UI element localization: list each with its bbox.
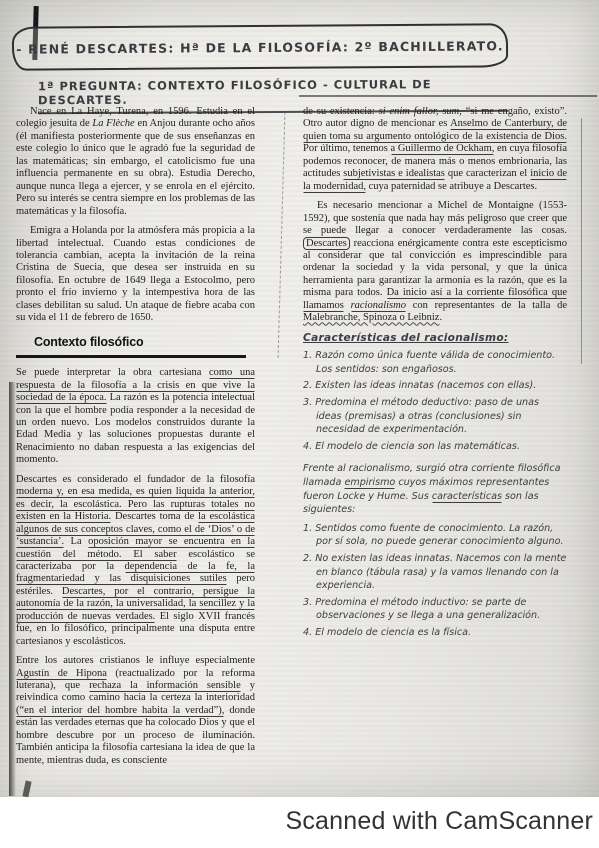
camscanner-watermark: Scanned with CamScanner bbox=[285, 807, 593, 836]
handwritten-title-box: - RENÉ DESCARTES: Hª DE LA FILOSOFÍA: 2º… bbox=[12, 23, 508, 70]
scan-left-edge-shadow bbox=[9, 382, 16, 796]
watermark-strip: Scanned with CamScanner bbox=[0, 797, 599, 848]
column-crease-line bbox=[278, 112, 286, 358]
handwritten-item-rationalism-4: 4. El modelo de ciencia son las matemáti… bbox=[303, 440, 567, 454]
printed-paragraph-context-3: Entre los autores cristianos le influye … bbox=[16, 655, 255, 767]
scanned-page: - RENÉ DESCARTES: Hª DE LA FILOSOFÍA: 2º… bbox=[0, 0, 599, 797]
handwritten-item-empiricism-4: 4. El modelo de ciencia es la física. bbox=[303, 626, 567, 640]
printed-paragraph-context-1: Se puede interpretar la obra cartesiana … bbox=[16, 367, 255, 467]
right-text-column: de su existencia: si enim fallor, sum, “… bbox=[303, 106, 567, 643]
printed-paragraph-biography-1: Nace en La Haye, Turena, en 1596. Estudi… bbox=[16, 106, 255, 218]
handwritten-notes: Características del racionalismo: 1. Raz… bbox=[303, 332, 567, 640]
handwritten-paragraph-empiricism-intro: Frente al racionalismo, surgió otra corr… bbox=[303, 462, 567, 516]
right-margin-line bbox=[581, 118, 582, 364]
handwritten-item-empiricism-3: 3. Predomina el método inductivo: se par… bbox=[303, 596, 567, 623]
printed-paragraph-context-2: Descartes es considerado el fundador de … bbox=[16, 474, 255, 648]
handwritten-item-empiricism-1: 1. Sentidos como fuente de conocimiento.… bbox=[303, 522, 567, 549]
scan-bottom-edge-mark bbox=[22, 781, 31, 797]
section-header-contexto-filosofico: Contexto filosófico bbox=[34, 335, 143, 349]
handwritten-item-rationalism-1: 1. Razón como única fuente válida de con… bbox=[303, 349, 567, 376]
section-header-rule: Contexto filosófico bbox=[16, 336, 246, 358]
printed-paragraph-authors: de su existencia: si enim fallor, sum, “… bbox=[303, 106, 567, 193]
handwritten-heading-rationalism: Características del racionalismo: bbox=[303, 332, 567, 346]
handwritten-item-rationalism-2: 2. Existen las ideas innatas (nacemos co… bbox=[303, 379, 567, 393]
handwritten-item-rationalism-3: 3. Predomina el método deductivo: paso d… bbox=[303, 396, 567, 437]
page-title: - RENÉ DESCARTES: Hª DE LA FILOSOFÍA: 2º… bbox=[16, 38, 504, 56]
left-text-column: Nace en La Haye, Turena, en 1596. Estudi… bbox=[16, 106, 255, 774]
printed-paragraph-biography-2: Emigra a Holanda por la atmósfera más pr… bbox=[16, 225, 255, 325]
handwritten-item-empiricism-2: 2. No existen las ideas innatas. Nacemos… bbox=[303, 552, 567, 593]
printed-paragraph-montaigne: Es necesario mencionar a Michel de Monta… bbox=[303, 200, 567, 325]
